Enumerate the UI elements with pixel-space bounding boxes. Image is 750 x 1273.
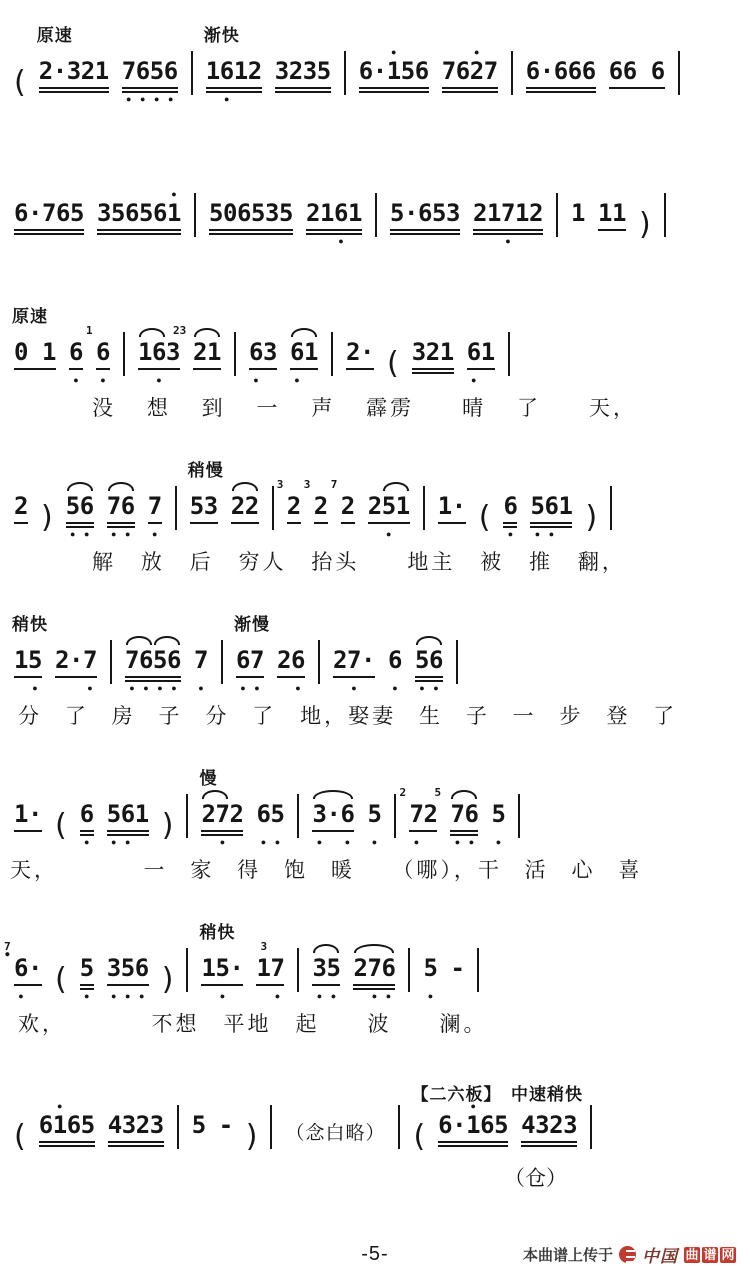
beam-underline (122, 91, 178, 93)
octave-dot: ● (503, 530, 517, 538)
note-digits: 0 1 (14, 339, 56, 366)
note-digit: - (219, 1112, 233, 1139)
parenthesis: ( (55, 965, 67, 995)
note-digits: 35 (312, 955, 340, 982)
note-group: 2·7● (55, 647, 97, 693)
beam-underline (122, 87, 178, 89)
note-digits: 506535 (209, 200, 293, 227)
beam-underlines (287, 520, 301, 530)
note-digit: 6 (388, 647, 402, 674)
note-digits: 65 (256, 801, 284, 828)
octave-dots-below (609, 95, 665, 104)
octave-dots-below (39, 1149, 95, 1158)
note-digit: · (326, 801, 340, 828)
octave-dots-below: ●●● (107, 992, 149, 1001)
note-digits: 6165 (39, 1112, 95, 1139)
note-digit: 5 (494, 1112, 508, 1139)
note-digit: 7 (42, 200, 56, 227)
beam-underline (353, 988, 395, 990)
beam-underline (450, 834, 478, 836)
note-digit: 6 (153, 200, 167, 227)
beam-underline (14, 676, 42, 678)
barline (110, 640, 112, 684)
note-digit: 5 (80, 955, 94, 982)
note-digit: 6 (609, 58, 623, 85)
parenthesis: ( (14, 1122, 26, 1152)
note-digits: 1· (438, 493, 466, 520)
beam-underline (39, 1145, 95, 1147)
note-digits: 2725 (409, 801, 437, 828)
note-digits: 356561 (97, 200, 181, 227)
octave-dot: ● (270, 838, 284, 846)
note-digits: 561 (107, 801, 149, 828)
note-digits: 137 (256, 955, 284, 982)
note-digits: 61 (467, 339, 495, 366)
beam-underline (346, 368, 374, 370)
lyrics-line: 欢， 不想 平地 起 波 澜。 (8, 1008, 742, 1038)
note-group: 137● (256, 955, 284, 1001)
brand-name-suffix: 曲谱网 (684, 1247, 736, 1263)
barline (186, 794, 188, 838)
note-digit: 5 (107, 801, 121, 828)
note-digit: 6 (464, 801, 478, 828)
note-digit: 3 (446, 200, 460, 227)
note-digit: · (361, 647, 375, 674)
tempo-marking: 原速 (12, 302, 48, 327)
octave-dot: ● (249, 376, 263, 384)
note-digit: 1 (206, 58, 220, 85)
beam-underline (80, 984, 94, 986)
octave-dots-below: ● (148, 530, 162, 539)
octave-dots-below: ● (423, 992, 437, 1001)
beam-underline (97, 229, 181, 231)
tempo-marking: 原速 (37, 21, 73, 46)
note-digits: 5 (80, 955, 94, 982)
beam-underline (450, 830, 478, 832)
note-digit: · (373, 58, 387, 85)
beam-underline (521, 1141, 577, 1143)
octave-dots-below (219, 1149, 233, 1158)
note-group: ●6165 (39, 1102, 95, 1158)
beam-underline (55, 676, 97, 678)
note-digit: 6 (415, 58, 429, 85)
note-digit: 6 (554, 58, 568, 85)
octave-dot: ● (326, 992, 340, 1000)
note-digit: 5 (415, 647, 429, 674)
parenthesis: ) (162, 811, 174, 841)
note-digits: 6 (388, 647, 402, 674)
note-digit: · (229, 955, 243, 982)
note-digit: 6 (237, 200, 251, 227)
barline (477, 948, 479, 992)
note-digit: 6 (80, 493, 94, 520)
slur-arc (291, 328, 317, 337)
note-group: 7656●●●● (122, 58, 178, 104)
octave-dots-below (14, 838, 42, 847)
beam-underline (125, 680, 181, 682)
score-line: 6·765●3565615065352161●5·65321712●111) (8, 154, 742, 246)
beam-underlines (209, 227, 293, 237)
note-digit: 6 (220, 58, 234, 85)
beam-underlines (598, 227, 626, 237)
note-digits: 6 (80, 801, 94, 828)
barline (175, 486, 177, 530)
beam-underline (209, 229, 293, 231)
note-group: 53稍慢 (190, 493, 218, 539)
note-digits: 15· (201, 955, 243, 982)
octave-dot: ● (125, 684, 139, 692)
beam-underlines (275, 85, 331, 95)
grace-note-digits: 1 (86, 324, 93, 337)
octave-dot: ● (530, 530, 544, 538)
octave-dot: ● (429, 684, 443, 692)
note-digit: 6 (467, 339, 481, 366)
note-digit: 1 (234, 58, 248, 85)
note-group: 2 (14, 493, 28, 539)
note-digit: 5 (70, 200, 84, 227)
lyrics-line: 天， 一 家 得 饱 暖 （哪），干 活 心 喜 (8, 854, 742, 884)
note-digits: 5 (367, 801, 381, 828)
beam-underlines (14, 828, 42, 838)
note-digit: 1 (481, 339, 495, 366)
notes-row: 6·765●3565615065352161●5·65321712●111) (8, 154, 742, 246)
note-digits: 321 (412, 339, 454, 366)
beam-underline (390, 229, 460, 231)
note-digit: 2 (529, 200, 543, 227)
parenthesis: (【二六板】 中速稍快 (413, 1122, 425, 1152)
note-group: 61● (290, 339, 318, 385)
note-group: 7● (194, 647, 208, 693)
beam-underline (306, 233, 362, 235)
beam-underlines (192, 1139, 206, 1149)
note-digits: 76 (107, 493, 135, 520)
note-digit: 6 (334, 200, 348, 227)
note-digit: · (404, 200, 418, 227)
octave-dot: ● (381, 992, 395, 1000)
grace-note: 7● (4, 941, 11, 956)
octave-dot: ● (96, 376, 110, 384)
note-group: 7●6·● (14, 955, 42, 1001)
beam-underline (353, 984, 395, 986)
note-digit: 5 (326, 955, 340, 982)
octave-dot: ● (270, 992, 284, 1000)
octave-dots-below: ●● (312, 992, 340, 1001)
slur-arc (154, 636, 180, 645)
octave-dots-below: ● (69, 376, 83, 385)
octave-dot: ● (53, 1102, 67, 1110)
beam-underline (609, 87, 665, 89)
note-digit: 5 (382, 493, 396, 520)
note-digits: 3235 (275, 58, 331, 85)
brand-box-char: 网 (720, 1247, 736, 1263)
barline (590, 1105, 592, 1149)
note-digit: 6 (69, 339, 83, 366)
note-digit: 5 (190, 493, 204, 520)
beam-underline (14, 984, 42, 986)
watermark[interactable]: 本曲谱上传于 中国 曲谱网 (523, 1242, 736, 1267)
beam-underline (314, 522, 328, 524)
octave-dot: ● (136, 95, 150, 103)
note-digit: 3 (535, 1112, 549, 1139)
note-group: 1612●渐快 (206, 58, 262, 104)
note-digit: 3 (150, 1112, 164, 1139)
octave-dots-below (190, 530, 218, 539)
octave-dot: ● (122, 95, 136, 103)
note-digit: · (69, 647, 83, 674)
note-digits: 1 (571, 200, 585, 227)
note-digit: 6 (568, 58, 582, 85)
note-digits: 2· (346, 339, 374, 366)
tempo-marking: 渐慢 (234, 610, 270, 635)
grace-note-digits: 2 (399, 786, 406, 799)
note-digit: 3 (312, 801, 326, 828)
octave-dots-below: ● (194, 684, 208, 693)
octave-dots-below: ● (96, 376, 110, 385)
note-digit: 5 (270, 801, 284, 828)
beam-underline (107, 522, 135, 524)
note-group: 2· (346, 339, 374, 385)
note-digit: 3 (67, 58, 81, 85)
beam-underline (530, 522, 572, 524)
beam-underline (503, 526, 517, 528)
beam-underlines (609, 85, 665, 95)
barline (194, 193, 196, 237)
note-digit: 6 (359, 58, 373, 85)
octave-dot: ● (164, 95, 178, 103)
octave-dots-below: ● (277, 684, 305, 693)
note-digit: 3 (107, 955, 121, 982)
note-digit: 3 (166, 339, 180, 366)
octave-dot: ● (80, 992, 94, 1000)
note-digit: 6 (438, 1112, 452, 1139)
beam-underline (333, 676, 375, 678)
octave-dots-below: ●● (530, 530, 572, 539)
beam-underline (467, 368, 495, 370)
note-digits: 7 (194, 647, 208, 674)
beam-underline (409, 830, 437, 832)
octave-dots-below: ●● (66, 530, 94, 539)
note-digit: 1 (438, 493, 452, 520)
barline (221, 640, 223, 684)
notes-row: (2·321原速7656●●●●1612●渐快3235●6·156●76276·… (8, 12, 742, 104)
note-group: 15·●稍快 (201, 955, 243, 1001)
note-group: 32 (287, 493, 301, 539)
note-digit: 2 (229, 801, 243, 828)
note-digit: 6 (418, 200, 432, 227)
note-digit: 1 (256, 955, 270, 982)
grace-note: 3 (277, 479, 284, 490)
note-group: 6● (80, 801, 94, 847)
note-group: 7● (148, 493, 162, 539)
note-group: 7656●●●● (125, 647, 181, 693)
note-digits: 21712 (473, 200, 543, 227)
note-digit: 6 (456, 58, 470, 85)
octave-dots-below (359, 95, 429, 104)
note-digits: 72 (341, 493, 355, 520)
brand-box-char: 谱 (702, 1247, 718, 1263)
watermark-text: 本曲谱上传于 (523, 1244, 613, 1265)
beam-underline (107, 830, 149, 832)
note-digit: 5 (28, 647, 42, 674)
note-digits: 5·653 (390, 200, 460, 227)
beam-underline (521, 1145, 577, 1147)
beam-underline (39, 91, 109, 93)
beam-underline (415, 680, 443, 682)
note-digit: 1 (487, 200, 501, 227)
beam-underlines (314, 520, 328, 530)
octave-dots-below (193, 376, 221, 385)
parenthesis: ) (639, 210, 651, 240)
note-digit: · (540, 58, 554, 85)
note-digit: 2 (287, 493, 301, 520)
note-group: 66 6 (609, 58, 665, 104)
barline (375, 193, 377, 237)
beam-underlines (346, 366, 374, 376)
note-digit: 1 (558, 493, 572, 520)
note-digit: 2 (333, 647, 347, 674)
note-digits: 6 (69, 339, 83, 366)
note-digit: 6 (96, 339, 110, 366)
note-digit: 4 (521, 1112, 535, 1139)
grace-note: 23 (173, 325, 186, 336)
notes-row: 15●稍快2·7●7656●●●●7●67●●渐慢26●27·●6●56●● (8, 604, 742, 693)
note-group: 2161● (306, 200, 362, 246)
notes-row: (●616543235-)（念白略）(【二六板】 中速稍快●6·1654323 (8, 1066, 742, 1158)
barline (297, 948, 299, 992)
beam-underline (107, 984, 149, 986)
note-digit: 5 (215, 955, 229, 982)
slur-arc (313, 944, 339, 953)
octave-dots-below: ●●●● (122, 95, 178, 104)
octave-dots-below (598, 237, 626, 246)
beam-underline (107, 526, 135, 528)
beam-underlines (442, 85, 498, 95)
note-group: 1 (571, 200, 585, 246)
octave-dots-below: ● (367, 838, 381, 847)
barline (511, 51, 513, 95)
note-digit: 1 (440, 339, 454, 366)
octave-dots-below: ● (14, 684, 42, 693)
parenthesis: ) (585, 503, 597, 533)
beam-underline (249, 368, 277, 370)
beam-underline (209, 233, 293, 235)
beam-underlines (390, 227, 460, 237)
beam-underlines (206, 85, 262, 95)
note-group: 1· (438, 493, 466, 539)
note-group: 61● (467, 339, 495, 385)
note-digits: 356 (107, 955, 149, 982)
beam-underlines (108, 1139, 164, 1149)
beam-underline (598, 229, 626, 231)
brand-logo-icon (619, 1246, 636, 1263)
note-digit: 2 (81, 58, 95, 85)
parenthesis: ( (55, 811, 67, 841)
note-digit: 7 (367, 955, 381, 982)
barline (270, 1105, 272, 1149)
grace-note-digits: 3 (277, 478, 284, 491)
note-digit: 1 (14, 801, 28, 828)
octave-dot: ● (150, 95, 164, 103)
note-group: - (450, 955, 464, 1001)
note-digits: 67 (236, 647, 264, 674)
note-group: 67●●渐慢 (236, 647, 264, 693)
note-digit: 5 (491, 801, 505, 828)
note-digit: 6 (582, 58, 596, 85)
notes-row: 7●6·●(5●356●●●)15·●稍快137●35●●276●●5●- (8, 912, 742, 1001)
note-digits: 63 (249, 339, 277, 366)
notes-row: 0 1原速6●16●163●232163●61●2·(32161● (8, 296, 742, 385)
note-group: 272●慢 (201, 801, 243, 847)
note-digit: · (28, 200, 42, 227)
note-digit: 1 (387, 58, 401, 85)
octave-dot: ● (491, 838, 505, 846)
note-digit: 6 (39, 1112, 53, 1139)
beam-underline (14, 368, 56, 370)
note-digit: 7 (215, 801, 229, 828)
note-digits: 27· (333, 647, 375, 674)
note-digit: 5 (153, 647, 167, 674)
note-digit: 5 (139, 200, 153, 227)
note-digit: 2 (314, 493, 328, 520)
note-digit: 3 (275, 58, 289, 85)
note-digit: 6 (291, 647, 305, 674)
beam-underline (97, 233, 181, 235)
octave-dot: ● (236, 684, 250, 692)
octave-dots-below: ● (306, 237, 362, 246)
octave-dot: ● (220, 95, 234, 103)
beam-underline (39, 87, 109, 89)
beam-underline (306, 229, 362, 231)
octave-dots-below (39, 95, 109, 104)
note-digits: 7627 (442, 58, 498, 85)
octave-dot: ● (367, 992, 381, 1000)
note-digit: 5 (367, 801, 381, 828)
barline (177, 1105, 179, 1149)
beam-underline (206, 87, 262, 89)
octave-dots-below (412, 376, 454, 385)
beam-underline (473, 229, 543, 231)
note-digit: 2 (277, 647, 291, 674)
octave-dot: ● (148, 530, 162, 538)
percussion-annotation: （仓） (8, 1162, 742, 1192)
note-digit: 1 (304, 339, 318, 366)
note-group: 5● (491, 801, 505, 847)
slur-arc (232, 482, 258, 491)
octave-dot: ● (167, 190, 181, 198)
beam-underline (125, 676, 181, 678)
beam-underline (138, 368, 180, 370)
note-group: ●6·165 (438, 1102, 508, 1158)
octave-dots-below: ● (368, 530, 410, 539)
tempo-marking: 稍快 (199, 918, 235, 943)
note-digit: 6 (503, 493, 517, 520)
note-digit: 1 (53, 1112, 67, 1139)
octave-dots-below: ● (201, 838, 243, 847)
note-digits: 56 (66, 493, 94, 520)
octave-dot: ● (290, 376, 304, 384)
note-group: 6● (388, 647, 402, 693)
octave-dots-below: ● (249, 376, 277, 385)
octave-dot: ● (167, 684, 181, 692)
note-digit: 2 (353, 955, 367, 982)
score-line: 7●6·●(5●356●●●)15·●稍快137●35●●276●●5●-欢， … (8, 912, 742, 1038)
note-digits: 2·7 (55, 647, 97, 674)
beam-underline (14, 229, 84, 231)
music-score-page: (2·321原速7656●●●●1612●渐快3235●6·156●76276·… (0, 0, 750, 1273)
beam-underline (80, 988, 94, 990)
note-group: - (219, 1112, 233, 1158)
note-group: 5·653 (390, 200, 460, 246)
